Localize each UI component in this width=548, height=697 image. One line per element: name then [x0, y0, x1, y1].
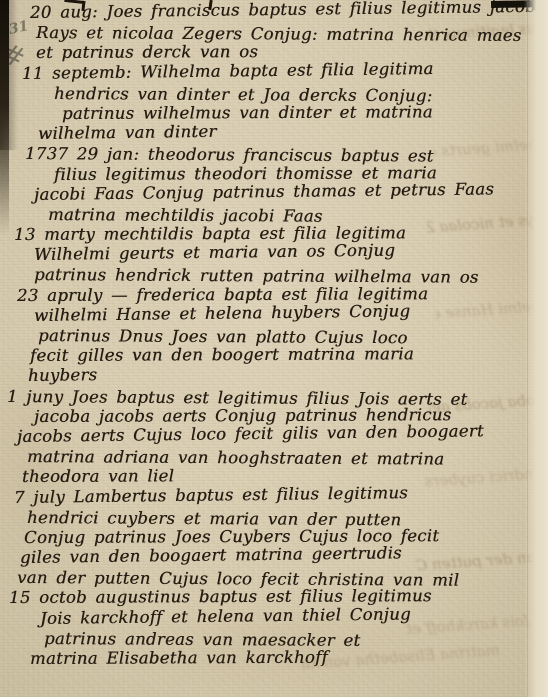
- page-edge-seam: [527, 0, 528, 697]
- manuscript-line: 20 aug: Joes franciscus baptus est filiu…: [30, 0, 528, 23]
- manuscript-line: matrina Elisabetha van karckhoff: [30, 647, 528, 669]
- manuscript-line: Wilhelmi geurts et maria van os Conjug: [34, 239, 528, 265]
- binding-edge: [0, 0, 9, 235]
- manuscript-page: filius legitimus theodori thomisse et ma…: [0, 0, 548, 697]
- manuscript-text-block: 20 aug: Joes franciscus baptus est filiu…: [22, 3, 528, 669]
- manuscript-line: huybers: [28, 360, 528, 386]
